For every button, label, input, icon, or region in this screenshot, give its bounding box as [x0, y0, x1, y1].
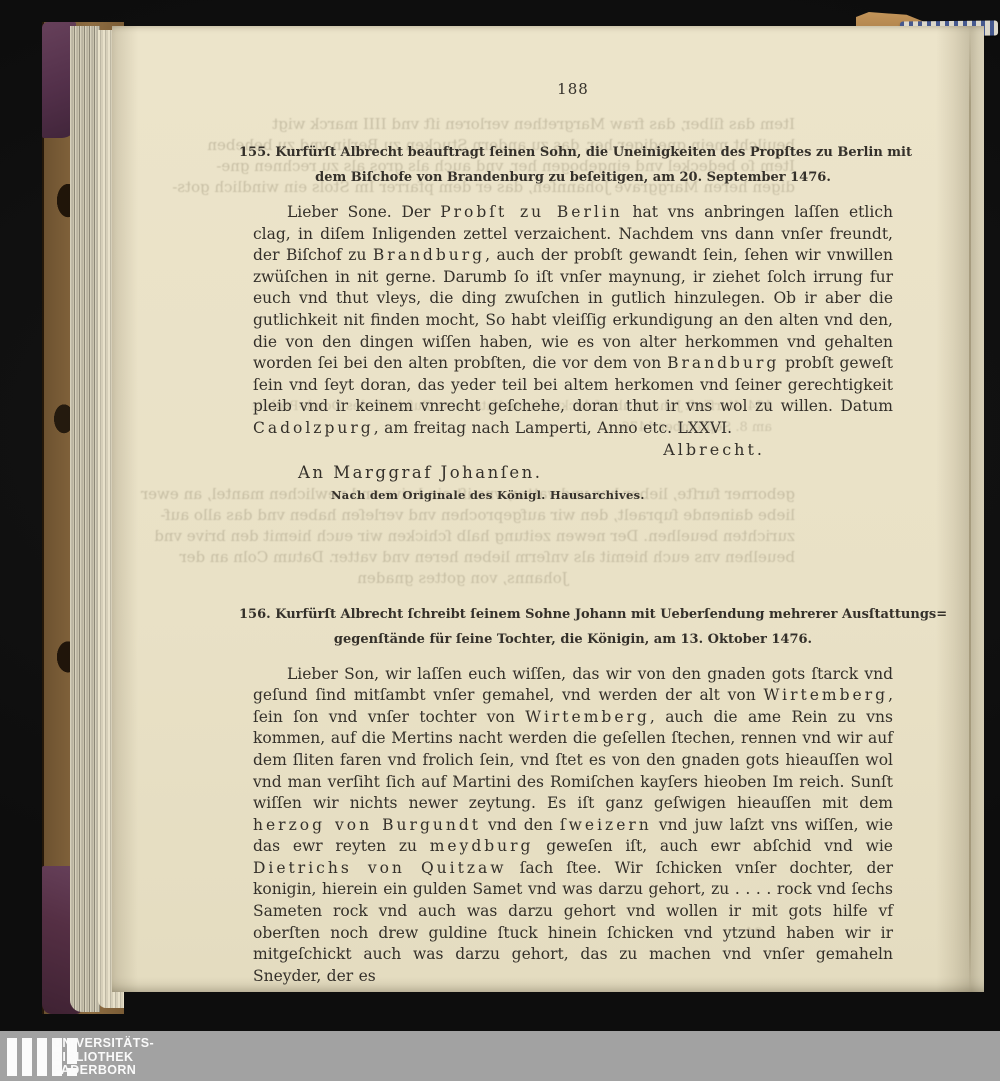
library-banner: UNIVERSITÄTS- BIBLIOTHEK PADERBORN [0, 1031, 1000, 1081]
section-156-heading: 156. Kurfürſt Albrecht ſchreibt ſeinem S… [239, 602, 907, 652]
section-155-heading: 155. Kurfürſt Albrecht beauftragt ſeinen… [239, 140, 907, 190]
page-number: 188 [253, 80, 893, 98]
source-note: Nach dem Originale des Königl. Hausarchi… [331, 488, 893, 502]
book-page: Item das ſilber, das fraw Margrethen ver… [112, 26, 984, 992]
logo-bar-icon [37, 1038, 47, 1076]
logo-bar-icon [7, 1038, 17, 1076]
logo-bar-icon [22, 1038, 32, 1076]
scanned-book-photograph: Item das ſilber, das fraw Margrethen ver… [0, 0, 1000, 1081]
address-marggraf-johansen: An Marggraf Johanſen. [298, 463, 893, 482]
page-stack-outer-edges [70, 26, 100, 1012]
library-name: UNIVERSITÄTS- BIBLIOTHEK PADERBORN [53, 1037, 154, 1078]
section-156-body: Lieber Son, wir laſſen euch wiſſen, das … [253, 664, 893, 988]
page-content: 188 155. Kurfürſt Albrecht beauftragt ſe… [253, 26, 893, 987]
section-155-body: Lieber Sone. Der Probſt zu Berlin hat vn… [253, 202, 893, 440]
signature-albrecht: Albrecht. [253, 440, 893, 459]
